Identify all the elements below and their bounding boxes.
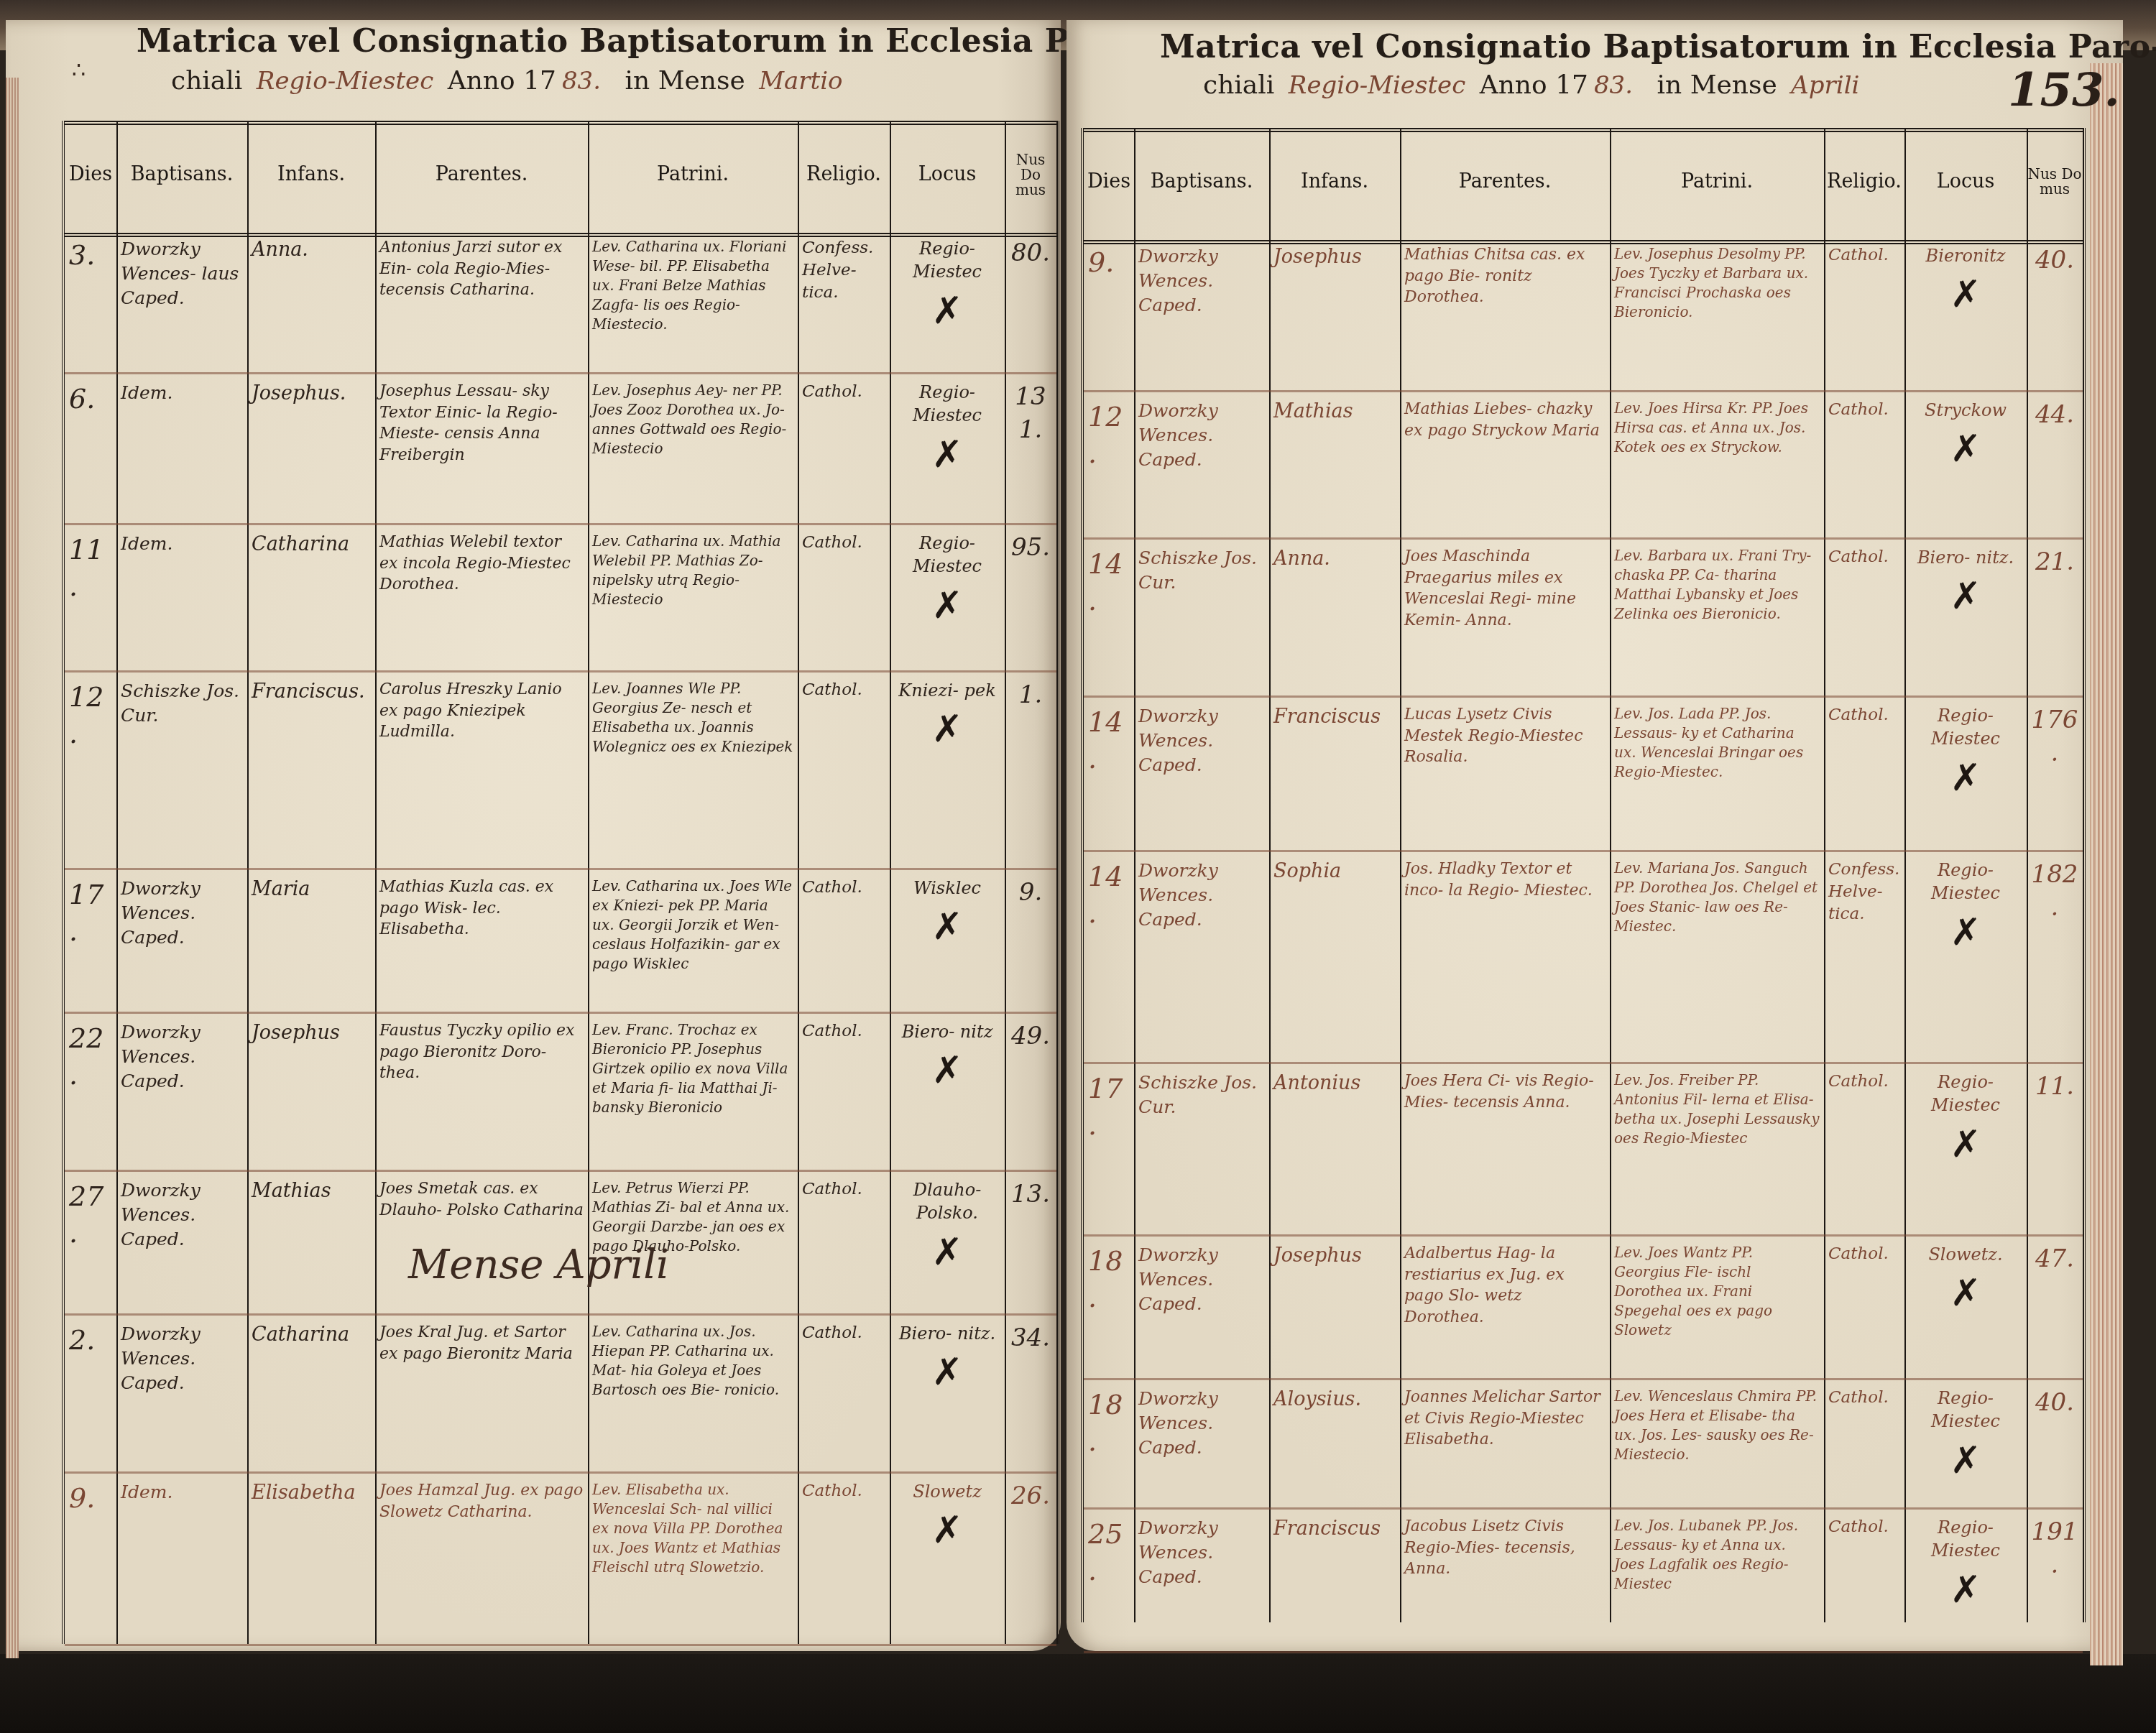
cell-religio: Cathol. xyxy=(798,1017,890,1045)
baptisans-text: Dworzky Wences. Caped. xyxy=(1138,860,1218,930)
cell-locus: Bieronitz✗ xyxy=(1904,241,2027,316)
baptisans-text: Dworzky Wences. Caped. xyxy=(121,878,201,948)
cell-religio: Cathol. xyxy=(798,1477,890,1505)
witness-cross-mark-icon: ✗ xyxy=(1909,1126,2022,1163)
infans-text: Sophia xyxy=(1273,860,1341,882)
cell-baptisans: Dworzky Wences. Caped. xyxy=(116,874,247,952)
parentes-text: Lucas Lysetz Civis Mestek Regio-Miestec … xyxy=(1404,706,1583,766)
year-suffix: 83. xyxy=(1594,71,1633,100)
month-name: Martio xyxy=(759,67,842,96)
table-row: 17.Dworzky Wences. Caped.MariaMathias Ku… xyxy=(65,868,1056,1014)
domus-text: 21. xyxy=(2035,547,2074,576)
domus-text: 131. xyxy=(1015,382,1046,444)
cell-baptisans: Idem. xyxy=(116,1477,247,1507)
locus-text: Regio- Miestec xyxy=(913,382,982,425)
religio-text: Cathol. xyxy=(802,1482,862,1500)
patrini-text: Lev. Catharina ux. Floriani Wese- bil. P… xyxy=(592,238,786,333)
witness-cross-mark-icon: ✗ xyxy=(894,1354,1000,1391)
parentes-text: Adalbertus Hag- la restiarius ex Jug. ex… xyxy=(1404,1244,1565,1326)
cell-baptisans: Dworzky Wences. Caped. xyxy=(1134,396,1269,474)
baptisans-text: Dworzky Wences. Caped. xyxy=(1138,1244,1218,1314)
cell-parentes: Jos. Hladky Textor et inco- la Regio- Mi… xyxy=(1400,856,1610,904)
cell-locus: Regio- Miestec✗ xyxy=(1904,1068,2027,1166)
cell-locus: Regio- Miestec✗ xyxy=(1904,701,2027,800)
cell-religio: Cathol. xyxy=(1824,241,1904,269)
infans-text: Mathias xyxy=(252,1180,331,1202)
cell-locus: Biero- nitz.✗ xyxy=(1904,543,2027,618)
cell-baptisans: Dworzky Wences. Caped. xyxy=(1134,701,1269,780)
witness-cross-mark-icon: ✗ xyxy=(1909,578,2022,615)
cell-religio: Cathol. xyxy=(798,378,890,406)
cell-baptisans: Dworzky Wences. Caped. xyxy=(116,1319,247,1397)
page-subtitle: chiali Regio-Miestec Anno 1783. in Mense… xyxy=(1203,70,1865,100)
religio-text: Cathol. xyxy=(1828,706,1889,724)
cell-dies: 9. xyxy=(1084,241,1134,284)
cell-patrini: Lev. Catharina ux. Mathia Welebil PP. Ma… xyxy=(588,529,798,612)
patrini-text: Lev. Josephus Desolmy PP. Joes Tyczky et… xyxy=(1614,245,1808,320)
religio-text: Cathol. xyxy=(802,382,862,401)
patrini-text: Lev. Elisabetha ux. Wenceslai Sch- nal v… xyxy=(592,1481,783,1576)
table-row: 14.Schiszke Jos. Cur.Anna.Joes Maschinda… xyxy=(1084,537,2083,698)
cell-religio: Confess. Helve- tica. xyxy=(1824,856,1904,928)
witness-cross-mark-icon: ✗ xyxy=(1909,759,2022,797)
corner-mark: ∴ xyxy=(72,57,86,83)
cell-locus: Biero- nitz.✗ xyxy=(890,1319,1005,1394)
cell-parentes: Mathias Kuzla cas. ex pago Wisk- lec. El… xyxy=(375,874,588,943)
dies-text: 12. xyxy=(1088,401,1123,469)
witness-cross-mark-icon: ✗ xyxy=(1909,914,2022,951)
cell-locus: Wisklec✗ xyxy=(890,874,1005,948)
table-row: 14.Dworzky Wences. Caped.SophiaJos. Hlad… xyxy=(1084,850,2083,1064)
locus-text: Wisklec xyxy=(913,878,981,898)
dies-text: 14. xyxy=(1088,548,1123,616)
table-row: 12.Schiszke Jos. Cur.Franciscus.Carolus … xyxy=(65,670,1056,870)
cell-infans: Josephus xyxy=(1269,241,1400,273)
parentes-text: Carolus Hreszky Lanio ex pago Kniezipek … xyxy=(379,680,562,741)
table-row: 9.Dworzky Wences. Caped.JosephusMathias … xyxy=(1084,236,2083,392)
locus-text: Slowetz. xyxy=(1928,1244,2002,1265)
cell-religio: Cathol. xyxy=(1824,1513,1904,1541)
cell-dies: 11. xyxy=(65,529,116,609)
cell-religio: Cathol. xyxy=(798,529,890,557)
baptisans-text: Idem. xyxy=(121,382,172,403)
cell-infans: Josephus xyxy=(247,1017,375,1049)
dies-text: 17. xyxy=(69,879,103,947)
cell-dies: 25. xyxy=(1084,1513,1134,1593)
cell-locus: Slowetz✗ xyxy=(890,1477,1005,1552)
cell-infans: Franciscus xyxy=(1269,701,1400,733)
parentes-text: Joes Kral Jug. et Sartor ex pago Bieroni… xyxy=(379,1323,573,1363)
cell-dies: 12. xyxy=(65,676,116,756)
locus-text: Slowetz xyxy=(913,1482,982,1502)
cell-religio: Cathol. xyxy=(798,1319,890,1347)
cell-parentes: Mathias Liebes- chazky ex pago Stryckow … xyxy=(1400,396,1610,444)
cell-baptisans: Schiszke Jos. Cur. xyxy=(1134,543,1269,598)
domus-text: 9. xyxy=(1019,878,1042,907)
cell-religio: Cathol. xyxy=(1824,543,1904,571)
religio-text: Cathol. xyxy=(802,1180,862,1198)
cell-patrini: Lev. Catharina ux. Jos. Hiepan PP. Catha… xyxy=(588,1319,798,1402)
baptisans-text: Dworzky Wences. Caped. xyxy=(1138,1517,1218,1587)
parentes-text: Antonius Jarzi sutor ex Ein- cola Regio-… xyxy=(379,239,562,299)
cell-locus: Regio- Miestec✗ xyxy=(1904,856,2027,954)
table-row: 3.Dworzky Wences- laus Caped.Anna.Antoni… xyxy=(65,228,1056,374)
table-row: 14.Dworzky Wences. Caped.FranciscusLucas… xyxy=(1084,695,2083,852)
cell-patrini: Lev. Joannes Wle PP. Georgius Ze- nesch … xyxy=(588,676,798,759)
anno-label: Anno 17 xyxy=(1480,70,1588,100)
religio-text: Cathol. xyxy=(1828,547,1889,566)
cell-baptisans: Dworzky Wences. Caped. xyxy=(116,1017,247,1096)
baptisans-text: Idem. xyxy=(121,533,172,554)
subtitle-prefix: chiali xyxy=(1203,70,1274,100)
cell-dies: 6. xyxy=(65,378,116,420)
parentes-text: Joes Maschinda Praegarius miles ex Wence… xyxy=(1404,547,1576,629)
table-row: 2.Dworzky Wences. Caped.CatharinaJoes Kr… xyxy=(65,1313,1056,1474)
cell-religio: Cathol. xyxy=(1824,1068,1904,1096)
cell-domus: 182. xyxy=(2027,856,2083,928)
baptisans-text: Idem. xyxy=(121,1482,172,1502)
cell-infans: Catharina xyxy=(247,1319,375,1351)
domus-text: 182. xyxy=(2032,860,2078,922)
cell-infans: Anna. xyxy=(247,234,375,266)
mense-label: in Mense xyxy=(625,66,745,96)
cell-dies: 9. xyxy=(65,1477,116,1520)
domus-text: 49. xyxy=(1011,1022,1050,1050)
cell-parentes: Adalbertus Hag- la restiarius ex Jug. ex… xyxy=(1400,1240,1610,1331)
religio-text: Cathol. xyxy=(802,1022,862,1040)
cell-religio: Cathol. xyxy=(1824,1240,1904,1268)
infans-text: Josephus xyxy=(1273,1244,1362,1267)
witness-cross-mark-icon: ✗ xyxy=(1909,276,2022,313)
witness-cross-mark-icon: ✗ xyxy=(894,292,1000,330)
religio-text: Confess. Helve- tica. xyxy=(802,239,873,302)
baptisans-text: Dworzky Wences. Caped. xyxy=(1138,400,1218,470)
cell-locus: Regio- Miestec✗ xyxy=(1904,1513,2027,1612)
cell-patrini: Lev. Mariana Jos. Sanguch PP. Dorothea J… xyxy=(1610,856,1824,939)
cell-religio: Cathol. xyxy=(798,874,890,902)
patrini-text: Lev. Catharina ux. Mathia Welebil PP. Ma… xyxy=(592,532,780,608)
cell-dies: 2. xyxy=(65,1319,116,1362)
table-row: 22.Dworzky Wences. Caped.JosephusFaustus… xyxy=(65,1012,1056,1172)
dies-text: 12. xyxy=(69,681,103,749)
witness-cross-mark-icon: ✗ xyxy=(1909,430,2022,468)
witness-cross-mark-icon: ✗ xyxy=(894,1512,1000,1549)
domus-text: 191. xyxy=(2032,1517,2078,1579)
cell-infans: Catharina xyxy=(247,529,375,560)
cell-patrini: Lev. Joes Hirsa Kr. PP. Joes Hirsa cas. … xyxy=(1610,396,1824,460)
table-row: 9.Idem.ElisabethaJoes Hamzal Jug. ex pag… xyxy=(65,1471,1056,1646)
cell-locus: Slowetz.✗ xyxy=(1904,1240,2027,1315)
cell-domus: 95. xyxy=(1005,529,1056,568)
witness-cross-mark-icon: ✗ xyxy=(894,1052,1000,1089)
register-table: DiesBaptisans.Infans.Parentes.Patrini.Re… xyxy=(1081,128,2086,1622)
infans-text: Franciscus xyxy=(1273,706,1381,728)
witness-cross-mark-icon: ✗ xyxy=(894,711,1000,748)
domus-text: 44. xyxy=(2035,400,2074,429)
locus-text: Regio- Miestec xyxy=(1931,706,2000,749)
patrini-text: Lev. Catharina ux. Jos. Hiepan PP. Catha… xyxy=(592,1323,779,1398)
locus-text: Regio- Miestec xyxy=(1931,1517,2000,1561)
page-edge-strip xyxy=(6,78,19,1658)
infans-text: Franciscus. xyxy=(252,680,365,703)
dies-text: 3. xyxy=(69,239,95,271)
cell-locus: Dlauho- Polsko.✗ xyxy=(890,1175,1005,1274)
locus-text: Regio- Miestec xyxy=(1931,1072,2000,1115)
baptisans-text: Dworzky Wences. Caped. xyxy=(1138,706,1218,775)
cell-infans: Mathias xyxy=(1269,396,1400,428)
baptisans-text: Schiszke Jos. Cur. xyxy=(1138,1072,1257,1117)
dies-text: 27. xyxy=(69,1180,103,1249)
cell-baptisans: Dworzky Wences. Caped. xyxy=(1134,856,1269,934)
cell-infans: Aloysius. xyxy=(1269,1384,1400,1415)
cell-infans: Sophia xyxy=(1269,856,1400,887)
table-row: 25.Dworzky Wences. Caped.FranciscusJacob… xyxy=(1084,1507,2083,1653)
cell-dies: 14. xyxy=(1084,856,1134,935)
cell-domus: 11. xyxy=(2027,1068,2083,1106)
domus-text: 176. xyxy=(2032,706,2078,767)
dies-text: 11. xyxy=(69,534,103,602)
cell-infans: Antonius xyxy=(1269,1068,1400,1099)
cell-infans: Franciscus xyxy=(1269,1513,1400,1545)
month-name: Aprili xyxy=(1791,71,1859,100)
locus-text: Regio- Miestec xyxy=(1931,1388,2000,1431)
left-page: ∴ Matrica vel Consignatio Baptisatorum i… xyxy=(6,20,1061,1651)
religio-text: Cathol. xyxy=(802,680,862,699)
cell-patrini: Lev. Jos. Freiber PP. Antonius Fil- lern… xyxy=(1610,1068,1824,1151)
month-change-note: Mense Aprili xyxy=(408,1242,669,1288)
domus-text: 1. xyxy=(1019,680,1042,709)
religio-text: Cathol. xyxy=(1828,1244,1889,1263)
patrini-text: Lev. Wenceslaus Chmira PP. Joes Hera et … xyxy=(1614,1387,1817,1463)
cell-domus: 13. xyxy=(1005,1175,1056,1214)
cell-religio: Cathol. xyxy=(1824,1384,1904,1412)
cell-parentes: Joes Maschinda Praegarius miles ex Wence… xyxy=(1400,543,1610,634)
cell-dies: 12. xyxy=(1084,396,1134,476)
cell-baptisans: Dworzky Wences. Caped. xyxy=(1134,1384,1269,1462)
parentes-text: Joes Smetak cas. ex Dlauho- Polsko Catha… xyxy=(379,1180,584,1219)
infans-text: Josephus xyxy=(252,1022,340,1044)
cell-baptisans: Idem. xyxy=(116,529,247,559)
cell-baptisans: Dworzky Wences. Caped. xyxy=(1134,1513,1269,1591)
locus-text: Biero- nitz. xyxy=(1917,547,2014,568)
witness-cross-mark-icon: ✗ xyxy=(894,908,1000,946)
parish-name: Regio-Miestec xyxy=(257,67,433,96)
patrini-text: Lev. Catharina ux. Joes Wle ex Kniezi- p… xyxy=(592,877,792,972)
cell-domus: 80. xyxy=(1005,234,1056,273)
cell-locus: Regio- Miestec✗ xyxy=(890,529,1005,627)
dies-text: 14. xyxy=(1088,861,1123,929)
witness-cross-mark-icon: ✗ xyxy=(894,436,1000,473)
cell-religio: Cathol. xyxy=(1824,396,1904,424)
header-row xyxy=(65,121,1056,237)
page-number: 153. xyxy=(2008,63,2120,117)
domus-text: 11. xyxy=(2035,1072,2074,1101)
cell-parentes: Joes Smetak cas. ex Dlauho- Polsko Catha… xyxy=(375,1175,588,1224)
register-table: DiesBaptisans.Infans.Parentes.Patrini.Re… xyxy=(62,121,1059,1644)
parentes-text: Mathias Liebes- chazky ex pago Stryckow … xyxy=(1404,400,1600,440)
dies-text: 6. xyxy=(69,383,95,415)
infans-text: Anna. xyxy=(252,239,308,261)
infans-text: Catharina xyxy=(252,1323,349,1346)
dies-text: 18. xyxy=(1088,1245,1123,1313)
cell-religio: Cathol. xyxy=(798,1175,890,1203)
cell-dies: 14. xyxy=(1084,543,1134,623)
domus-text: 80. xyxy=(1011,239,1050,267)
cell-parentes: Faustus Tyczky opilio ex pago Bieronitz … xyxy=(375,1017,588,1087)
parentes-text: Jacobus Lisetz Civis Regio-Mies- tecensi… xyxy=(1404,1517,1575,1578)
cell-baptisans: Idem. xyxy=(116,378,247,408)
cell-patrini: Lev. Catharina ux. Joes Wle ex Kniezi- p… xyxy=(588,874,798,976)
cell-locus: Kniezi- pek✗ xyxy=(890,676,1005,751)
subtitle-prefix: chiali xyxy=(171,66,242,96)
cell-domus: 21. xyxy=(2027,543,2083,582)
locus-text: Stryckow xyxy=(1925,400,2007,420)
cell-infans: Mathias xyxy=(247,1175,375,1207)
baptisans-text: Dworzky Wences. Caped. xyxy=(121,1323,201,1393)
dies-text: 9. xyxy=(1088,246,1114,278)
dies-text: 2. xyxy=(69,1324,95,1356)
baptisans-text: Dworzky Wences- laus Caped. xyxy=(121,239,239,308)
cell-infans: Josephus. xyxy=(247,378,375,410)
baptisans-text: Dworzky Wences. Caped. xyxy=(1138,1388,1218,1458)
cell-domus: 191. xyxy=(2027,1513,2083,1585)
locus-text: Biero- nitz xyxy=(902,1022,993,1042)
patrini-text: Lev. Jos. Freiber PP. Antonius Fil- lern… xyxy=(1614,1071,1819,1147)
cell-locus: Biero- nitz✗ xyxy=(890,1017,1005,1092)
cell-domus: 131. xyxy=(1005,378,1056,450)
witness-cross-mark-icon: ✗ xyxy=(894,587,1000,624)
domus-text: 40. xyxy=(2035,1388,2074,1417)
right-page: Matrica vel Consignatio Baptisatorum in … xyxy=(1067,20,2123,1651)
dies-text: 14. xyxy=(1088,706,1123,775)
cell-baptisans: Dworzky Wences. Caped. xyxy=(116,1175,247,1254)
cell-parentes: Mathias Welebil textor ex incola Regio-M… xyxy=(375,529,588,599)
patrini-text: Lev. Barbara ux. Frani Try- chaska PP. C… xyxy=(1614,547,1811,622)
infans-text: Franciscus xyxy=(1273,1517,1381,1540)
infans-text: Catharina xyxy=(252,533,349,555)
parentes-text: Joes Hamzal Jug. ex pago Slowetz Cathari… xyxy=(379,1482,583,1521)
parentes-text: Faustus Tyczky opilio ex pago Bieronitz … xyxy=(379,1022,575,1082)
baptisans-text: Dworzky Wences. Caped. xyxy=(121,1180,201,1249)
anno-label: Anno 17 xyxy=(448,66,556,96)
cell-infans: Josephus xyxy=(1269,1240,1400,1272)
table-row: 12.Dworzky Wences. Caped.MathiasMathias … xyxy=(1084,390,2083,540)
patrini-text: Lev. Jos. Lada PP. Jos. Lessaus- ky et C… xyxy=(1614,705,1803,780)
cell-baptisans: Dworzky Wences- laus Caped. xyxy=(116,234,247,313)
page-subtitle: chiali Regio-Miestec Anno 1783. in Mense… xyxy=(171,66,849,96)
domus-text: 47. xyxy=(2035,1244,2074,1273)
cell-domus: 176. xyxy=(2027,701,2083,773)
cell-parentes: Joes Hamzal Jug. ex pago Slowetz Cathari… xyxy=(375,1477,588,1525)
parentes-text: Josephus Lessau- sky Textor Einic- la Re… xyxy=(379,382,558,464)
religio-text: Cathol. xyxy=(1828,1517,1889,1536)
baptisans-text: Schiszke Jos. Cur. xyxy=(1138,547,1257,593)
domus-text: 26. xyxy=(1011,1482,1050,1510)
witness-cross-mark-icon: ✗ xyxy=(894,1234,1000,1271)
cell-domus: 44. xyxy=(2027,396,2083,435)
cell-patrini: Lev. Jos. Lubanek PP. Jos. Lessaus- ky e… xyxy=(1610,1513,1824,1596)
parish-name: Regio-Miestec xyxy=(1289,71,1465,100)
patrini-text: Lev. Joes Wantz PP. Georgius Fle- ischl … xyxy=(1614,1244,1772,1339)
header-row xyxy=(1084,128,2083,244)
parentes-text: Mathias Kuzla cas. ex pago Wisk- lec. El… xyxy=(379,878,553,938)
baptisans-text: Schiszke Jos. Cur. xyxy=(121,680,239,726)
baptisans-text: Dworzky Wences. Caped. xyxy=(1138,246,1218,315)
religio-text: Cathol. xyxy=(1828,246,1889,264)
parentes-text: Jos. Hladky Textor et inco- la Regio- Mi… xyxy=(1404,860,1593,900)
cell-infans: Elisabetha xyxy=(247,1477,375,1509)
infans-text: Maria xyxy=(252,878,310,900)
cell-baptisans: Dworzky Wences. Caped. xyxy=(1134,241,1269,320)
cell-dies: 18. xyxy=(1084,1384,1134,1464)
cell-patrini: Lev. Franc. Trochaz ex Bieronicio PP. Jo… xyxy=(588,1017,798,1120)
locus-text: Bieronitz xyxy=(1926,246,2006,266)
infans-text: Josephus xyxy=(1273,246,1362,268)
cell-dies: 17. xyxy=(65,874,116,953)
cell-baptisans: Schiszke Jos. Cur. xyxy=(1134,1068,1269,1122)
baptisans-text: Dworzky Wences. Caped. xyxy=(121,1022,201,1091)
patrini-text: Lev. Josephus Aey- ner PP. Joes Zooz Dor… xyxy=(592,382,786,457)
cell-dies: 17. xyxy=(1084,1068,1134,1147)
cell-parentes: Joannes Melichar Sartor et Civis Regio-M… xyxy=(1400,1384,1610,1454)
cell-domus: 1. xyxy=(1005,676,1056,715)
cell-parentes: Carolus Hreszky Lanio ex pago Kniezipek … xyxy=(375,676,588,746)
religio-text: Cathol. xyxy=(802,1323,862,1342)
cell-domus: 40. xyxy=(2027,241,2083,280)
witness-cross-mark-icon: ✗ xyxy=(1909,1571,2022,1609)
cell-dies: 3. xyxy=(65,234,116,277)
cell-parentes: Jacobus Lisetz Civis Regio-Mies- tecensi… xyxy=(1400,1513,1610,1583)
mense-label: in Mense xyxy=(1657,70,1777,100)
cell-parentes: Joes Hera Ci- vis Regio-Mies- tecensis A… xyxy=(1400,1068,1610,1116)
cell-domus: 9. xyxy=(1005,874,1056,912)
religio-text: Cathol. xyxy=(802,533,862,552)
cell-patrini: Lev. Jos. Lada PP. Jos. Lessaus- ky et C… xyxy=(1610,701,1824,785)
religio-text: Cathol. xyxy=(802,878,862,897)
dies-text: 22. xyxy=(69,1022,103,1091)
infans-text: Anna. xyxy=(1273,547,1330,570)
patrini-text: Lev. Jos. Lubanek PP. Jos. Lessaus- ky e… xyxy=(1614,1517,1798,1592)
patrini-text: Lev. Franc. Trochaz ex Bieronicio PP. Jo… xyxy=(592,1021,788,1116)
patrini-text: Lev. Joannes Wle PP. Georgius Ze- nesch … xyxy=(592,680,793,755)
locus-text: Regio- Miestec xyxy=(913,533,982,576)
cell-domus: 40. xyxy=(2027,1384,2083,1423)
domus-text: 13. xyxy=(1011,1180,1050,1209)
cell-dies: 18. xyxy=(1084,1240,1134,1320)
dies-text: 9. xyxy=(69,1482,95,1514)
parentes-text: Joannes Melichar Sartor et Civis Regio-M… xyxy=(1404,1388,1600,1448)
witness-cross-mark-icon: ✗ xyxy=(1909,1442,2022,1479)
infans-text: Josephus. xyxy=(252,382,346,405)
religio-text: Confess. Helve- tica. xyxy=(1828,860,1899,923)
cell-dies: 14. xyxy=(1084,701,1134,781)
cell-locus: Regio- Miestec✗ xyxy=(890,234,1005,333)
infans-text: Aloysius. xyxy=(1273,1388,1361,1410)
page-edges xyxy=(2090,63,2123,1665)
table-row: 6.Idem.Josephus.Josephus Lessau- sky Tex… xyxy=(65,372,1056,525)
table-row: 11.Idem.CatharinaMathias Welebil textor … xyxy=(65,523,1056,673)
cell-baptisans: Dworzky Wences. Caped. xyxy=(1134,1240,1269,1318)
dies-text: 25. xyxy=(1088,1518,1123,1586)
cell-parentes: Antonius Jarzi sutor ex Ein- cola Regio-… xyxy=(375,234,588,304)
infans-text: Antonius xyxy=(1273,1072,1360,1094)
locus-text: Regio- Miestec xyxy=(913,239,982,282)
cell-domus: 34. xyxy=(1005,1319,1056,1358)
cell-infans: Franciscus. xyxy=(247,676,375,708)
dies-text: 17. xyxy=(1088,1073,1123,1141)
cell-patrini: Lev. Josephus Desolmy PP. Joes Tyczky et… xyxy=(1610,241,1824,325)
cell-domus: 49. xyxy=(1005,1017,1056,1056)
